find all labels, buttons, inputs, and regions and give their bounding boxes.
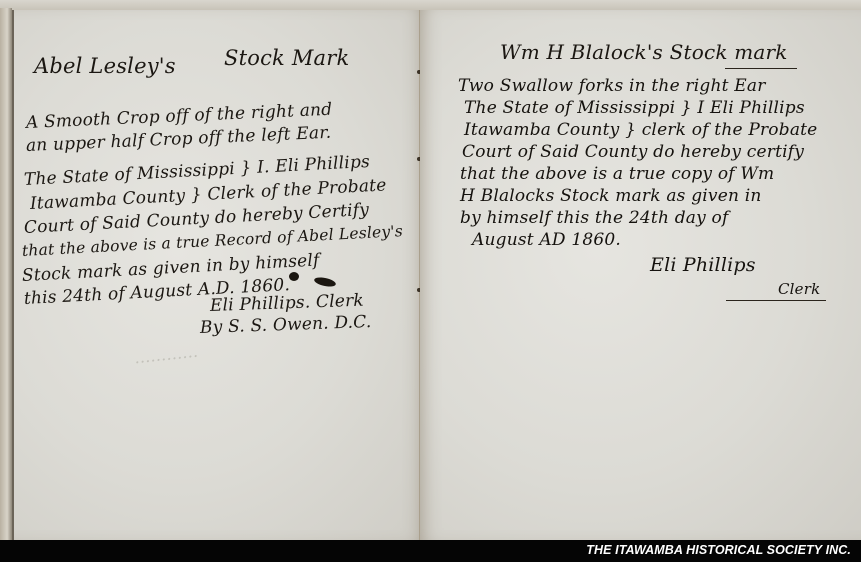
right-heading: Wm H Blalock's Stock mark	[500, 40, 788, 64]
left-deputy-signature: By S. S. Owen. D.C.	[200, 312, 372, 338]
right-cert-line-2: Itawamba County } clerk of the Probate	[464, 120, 817, 140]
book-top-edge	[0, 0, 861, 10]
right-page: Wm H Blalock's Stock mark Two Swallow fo…	[420, 10, 861, 540]
book-left-edge	[0, 8, 12, 540]
bleed-through-text: …………	[133, 342, 199, 368]
left-page: ………… Abel Lesley's Stock Mark A Smooth C…	[12, 10, 422, 540]
ledger-photo: ………… Abel Lesley's Stock Mark A Smooth C…	[0, 0, 861, 540]
right-cert-line-3: Court of Said County do hereby certify	[462, 142, 804, 162]
right-cert-line-5: H Blalocks Stock mark as given in	[460, 186, 762, 206]
ink-blot	[289, 272, 299, 281]
heading-underline	[725, 68, 797, 69]
right-cert-line-1: The State of Mississippi } I Eli Phillip…	[464, 98, 805, 118]
right-cert-line-7: August AD 1860.	[472, 230, 621, 250]
caption-text: THE ITAWAMBA HISTORICAL SOCIETY INC.	[586, 543, 851, 557]
right-cert-line-4: that the above is a true copy of Wm	[460, 164, 774, 184]
right-signature: Eli Phillips	[650, 254, 756, 276]
left-heading-name: Abel Lesley's	[34, 54, 176, 78]
ink-blot	[313, 276, 336, 288]
signature-underline	[726, 300, 826, 301]
right-mark-line: Two Swallow forks in the right Ear	[458, 76, 766, 96]
left-heading-title: Stock Mark	[224, 46, 349, 70]
right-cert-line-6: by himself this the 24th day of	[460, 208, 728, 228]
right-signature-title: Clerk	[778, 280, 820, 298]
caption-bar: THE ITAWAMBA HISTORICAL SOCIETY INC.	[0, 540, 861, 562]
